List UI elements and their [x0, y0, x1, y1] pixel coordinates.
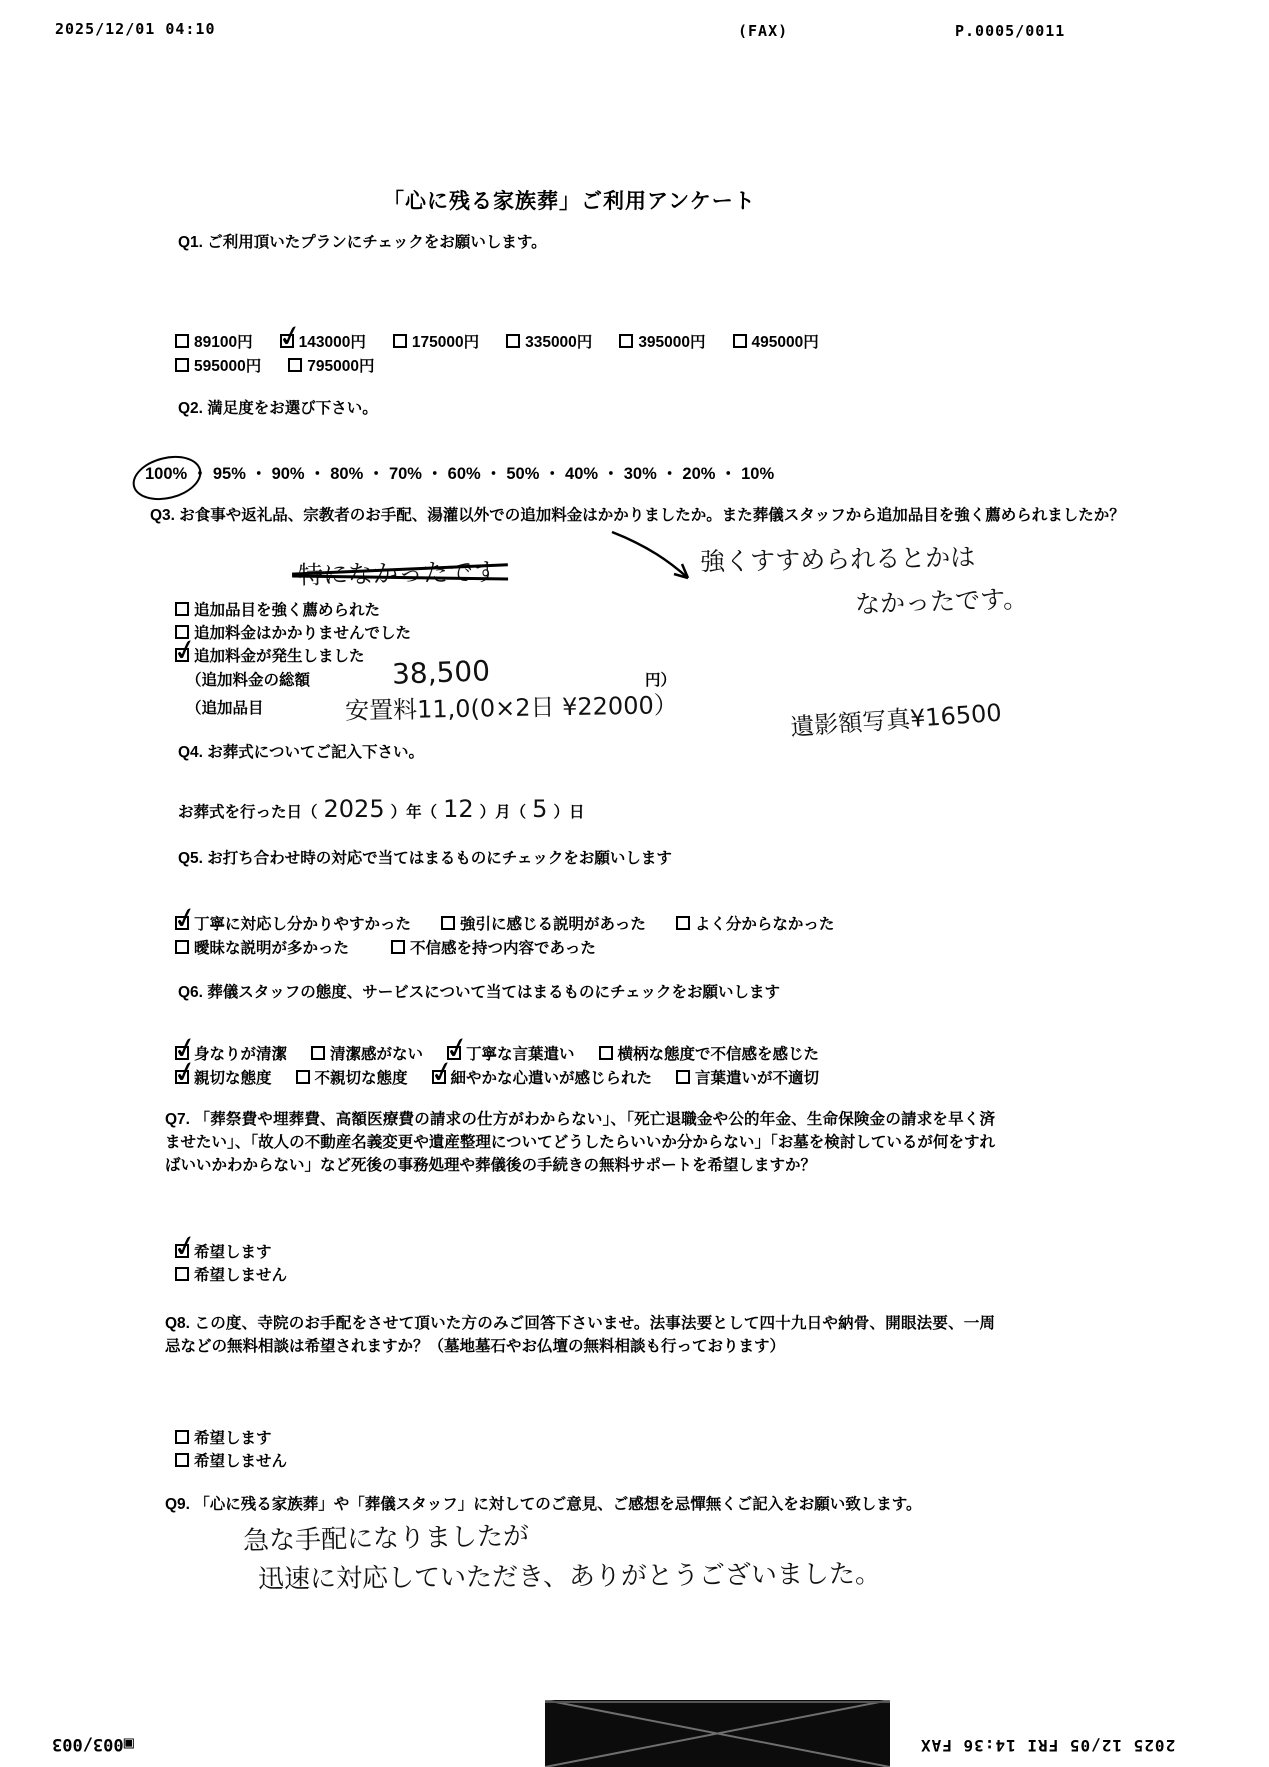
q6-options-row2: 親切な態度 不親切な態度 細やかな心遣いが感じられた 言葉遣いが不適切 [175, 1066, 819, 1088]
fax-header-page: P.0005/0011 [955, 22, 1065, 40]
option-label: 追加料金はかかりませんでした [194, 621, 411, 643]
option-label: 細やかな心遣いが感じられた [451, 1066, 653, 1088]
q6-option-polite-language: 丁寧な言葉遣い [447, 1042, 575, 1064]
checkbox-icon [175, 334, 189, 348]
option-label: 曖昧な説明が多かった [194, 936, 349, 958]
handwritten-month: 12 [443, 795, 474, 823]
option-label: 595000円 [194, 354, 261, 376]
handwritten-note-line2: なかったです。 [854, 579, 1028, 621]
q8-option-no: 希望しません [175, 1449, 287, 1471]
redaction-box [545, 1700, 890, 1767]
checkbox-icon [175, 358, 189, 372]
handwritten-year: 2025 [324, 795, 385, 823]
handwritten-comment-line1: 急な手配になりましたが [243, 1516, 530, 1558]
handwritten-note-line1: 強くすすめられるとかは [700, 538, 976, 579]
q5-options-row1: 丁寧に対応し分かりやすかった 強引に感じる説明があった よく分からなかった [175, 912, 834, 934]
handwritten-arrow-icon [608, 528, 708, 590]
option-label: 395000円 [638, 330, 705, 352]
option-label: 追加品目を強く薦められた [194, 598, 380, 620]
option-label: 希望しません [194, 1449, 287, 1471]
fax-header-datetime: 2025/12/01 04:10 [55, 20, 216, 38]
funeral-date-line: お葬式を行った日（ 2025 ）年（ 12 ）月（ 5 ）日 [178, 795, 584, 823]
q5-option-pushy: 強引に感じる説明があった [441, 912, 646, 934]
checkbox-icon [175, 1070, 189, 1084]
handwritten-comment-line2: 迅速に対応していただき、ありがとうございました。 [258, 1553, 881, 1595]
option-label: 143000円 [299, 330, 366, 352]
q7-option-row2: 希望しません [175, 1263, 287, 1285]
checkbox-icon [676, 916, 690, 930]
checkbox-icon [175, 1267, 189, 1281]
handwritten-item-1: 安置料11,0(0×2日 ¥22000） [345, 685, 678, 726]
q7-option-yes: 希望します [175, 1240, 272, 1262]
footer-page-number: ▣003/003 [52, 1734, 134, 1754]
checkbox-icon [175, 1453, 189, 1467]
q6-option-unkind-attitude: 不親切な態度 [296, 1066, 408, 1088]
option-label: 横柄な態度で不信感を感じた [618, 1042, 820, 1064]
scale-rest: ・ 95% ・ 90% ・ 80% ・ 70% ・ 60% ・ 50% ・ 40… [187, 465, 774, 483]
option-label: 追加料金が発生しました [194, 644, 365, 666]
checkbox-icon [619, 334, 633, 348]
date-prefix: お葬式を行った日（ [178, 800, 318, 822]
option-label: 親切な態度 [194, 1066, 272, 1088]
option-label: 不信感を持つ内容であった [410, 936, 596, 958]
q1-option-395000: 395000円 [619, 330, 705, 352]
q1-option-89100: 89100円 [175, 330, 253, 352]
date-suffix: ）日 [553, 800, 584, 822]
q3-total-prefix: （追加料金の総額 [186, 668, 310, 690]
checkbox-icon [175, 916, 189, 930]
footer-page-text: 003/003 [52, 1734, 124, 1754]
option-label: 495000円 [752, 330, 819, 352]
option-label: 丁寧な言葉遣い [466, 1042, 575, 1064]
q6-option-attentive-care: 細やかな心遣いが感じられた [432, 1066, 653, 1088]
checkbox-icon [280, 334, 294, 348]
option-label: 丁寧に対応し分かりやすかった [194, 912, 411, 934]
fax-scan-page: 2025/12/01 04:10 (FAX) P.0005/0011 「心に残る… [0, 0, 1269, 1767]
q6-option-arrogant: 横柄な態度で不信感を感じた [599, 1042, 820, 1064]
checkbox-icon [391, 940, 405, 954]
selected-percent: 100% [145, 465, 187, 484]
checkbox-icon [599, 1046, 613, 1060]
checkbox-icon [175, 602, 189, 616]
q3-option-row2: 追加料金はかかりませんでした [175, 621, 411, 643]
option-label: 89100円 [194, 330, 253, 352]
q3-option-strongly-recommended: 追加品目を強く薦められた [175, 598, 380, 620]
checkbox-icon [432, 1070, 446, 1084]
checkbox-icon [311, 1046, 325, 1060]
q3-items-prefix: （追加品目 [186, 696, 264, 718]
q1-label: Q1. ご利用頂いたプランにチェックをお願いします。 [178, 230, 547, 252]
q8-label: Q8. この度、寺院のお手配をさせて頂いた方のみご回答下さいませ。法事法要として… [165, 1312, 995, 1358]
checkbox-icon [506, 334, 520, 348]
option-label: 335000円 [525, 330, 592, 352]
checkbox-icon [393, 334, 407, 348]
option-label: 795000円 [307, 354, 374, 376]
q6-option-unclean: 清潔感がない [311, 1042, 423, 1064]
q8-option-row2: 希望しません [175, 1449, 287, 1471]
checkbox-icon [175, 1430, 189, 1444]
option-label: 言葉遣いが不適切 [695, 1066, 819, 1088]
checkbox-icon [733, 334, 747, 348]
checkbox-icon [676, 1070, 690, 1084]
q3-option-extra-charge-incurred: 追加料金が発生しました [175, 644, 365, 666]
option-label: 希望します [194, 1240, 272, 1262]
page-marker-icon: ▣ [124, 1734, 134, 1754]
handwritten-total-amount: 38,500 [391, 654, 490, 690]
q7-option-no: 希望しません [175, 1263, 287, 1285]
q6-label: Q6. 葬儀スタッフの態度、サービスについて当てはまるものにチェックをお願いしま… [178, 980, 780, 1002]
q3-option-no-extra-charge: 追加料金はかかりませんでした [175, 621, 411, 643]
option-label: 身なりが清潔 [194, 1042, 287, 1064]
option-label: 強引に感じる説明があった [460, 912, 646, 934]
q8-option-yes: 希望します [175, 1426, 272, 1448]
q5-option-unclear: よく分からなかった [676, 912, 835, 934]
q9-label: Q9. 「心に残る家族葬」や「葬儀スタッフ」に対してのご意見、ご感想を忌憚無くご… [165, 1492, 922, 1514]
satisfaction-scale: 100% ・ 95% ・ 90% ・ 80% ・ 70% ・ 60% ・ 50%… [145, 460, 774, 484]
option-label: 不親切な態度 [315, 1066, 408, 1088]
q6-option-improper-language: 言葉遣いが不適切 [676, 1066, 819, 1088]
handwritten-strikethrough-note: 特になかったです [298, 552, 499, 591]
option-label: 175000円 [412, 330, 479, 352]
fax-header-label: (FAX) [738, 22, 788, 40]
footer-datetime: 2025 12/05 FRI 14:36 FAX [920, 1736, 1175, 1755]
q2-label: Q2. 満足度をお選び下さい。 [178, 396, 378, 418]
q4-label: Q4. お葬式についてご記入下さい。 [178, 740, 424, 762]
handwritten-item-2: 遺影額写真¥16500 [789, 693, 1003, 743]
q1-options-row2: 595000円 795000円 [175, 354, 374, 376]
q5-option-vague: 曖昧な説明が多かった [175, 936, 349, 958]
checkbox-icon [175, 648, 189, 662]
q1-option-335000: 335000円 [506, 330, 592, 352]
handwritten-day: 5 [532, 795, 547, 823]
redaction-x-pattern [545, 1700, 890, 1767]
q7-label: Q7. 「葬祭費や埋葬費、高額医療費の請求の仕方がわからない」、「死亡退職金や公… [165, 1108, 995, 1177]
option-label: 清潔感がない [330, 1042, 423, 1064]
q5-option-polite-clear: 丁寧に対応し分かりやすかった [175, 912, 411, 934]
q5-label: Q5. お打ち合わせ時の対応で当てはまるものにチェックをお願いします [178, 846, 672, 868]
q1-option-175000: 175000円 [393, 330, 479, 352]
date-mid1: ）年（ [391, 800, 438, 822]
q1-option-495000: 495000円 [733, 330, 819, 352]
q6-options-row1: 身なりが清潔 清潔感がない 丁寧な言葉遣い 横柄な態度で不信感を感じた [175, 1042, 819, 1064]
checkbox-icon [288, 358, 302, 372]
q7-option-row1: 希望します [175, 1240, 272, 1262]
option-label: よく分からなかった [695, 912, 835, 934]
q1-option-795000: 795000円 [288, 354, 374, 376]
checkbox-icon [441, 916, 455, 930]
checkbox-icon [175, 940, 189, 954]
option-label: 希望しません [194, 1263, 287, 1285]
page-title: 「心に残る家族葬」ご利用アンケート [383, 185, 756, 215]
q1-options-row1: 89100円 143000円 175000円 335000円 395000円 4… [175, 330, 819, 352]
checkbox-icon [175, 1244, 189, 1258]
q5-option-distrust: 不信感を持つ内容であった [391, 936, 596, 958]
q3-label: Q3. お食事や返礼品、宗教者のお手配、湯灌以外での追加料金はかかりましたか。ま… [150, 505, 1165, 527]
q3-option-row1: 追加品目を強く薦められた [175, 598, 380, 620]
checkbox-icon [296, 1070, 310, 1084]
q8-option-row1: 希望します [175, 1426, 272, 1448]
q6-option-kind-attitude: 親切な態度 [175, 1066, 272, 1088]
q3-option-row3: 追加料金が発生しました [175, 644, 365, 666]
date-mid2: ）月（ [480, 800, 527, 822]
option-label: 希望します [194, 1426, 272, 1448]
q5-options-row2: 曖昧な説明が多かった 不信感を持つ内容であった [175, 936, 596, 958]
q1-option-595000: 595000円 [175, 354, 261, 376]
q1-option-143000: 143000円 [280, 330, 366, 352]
